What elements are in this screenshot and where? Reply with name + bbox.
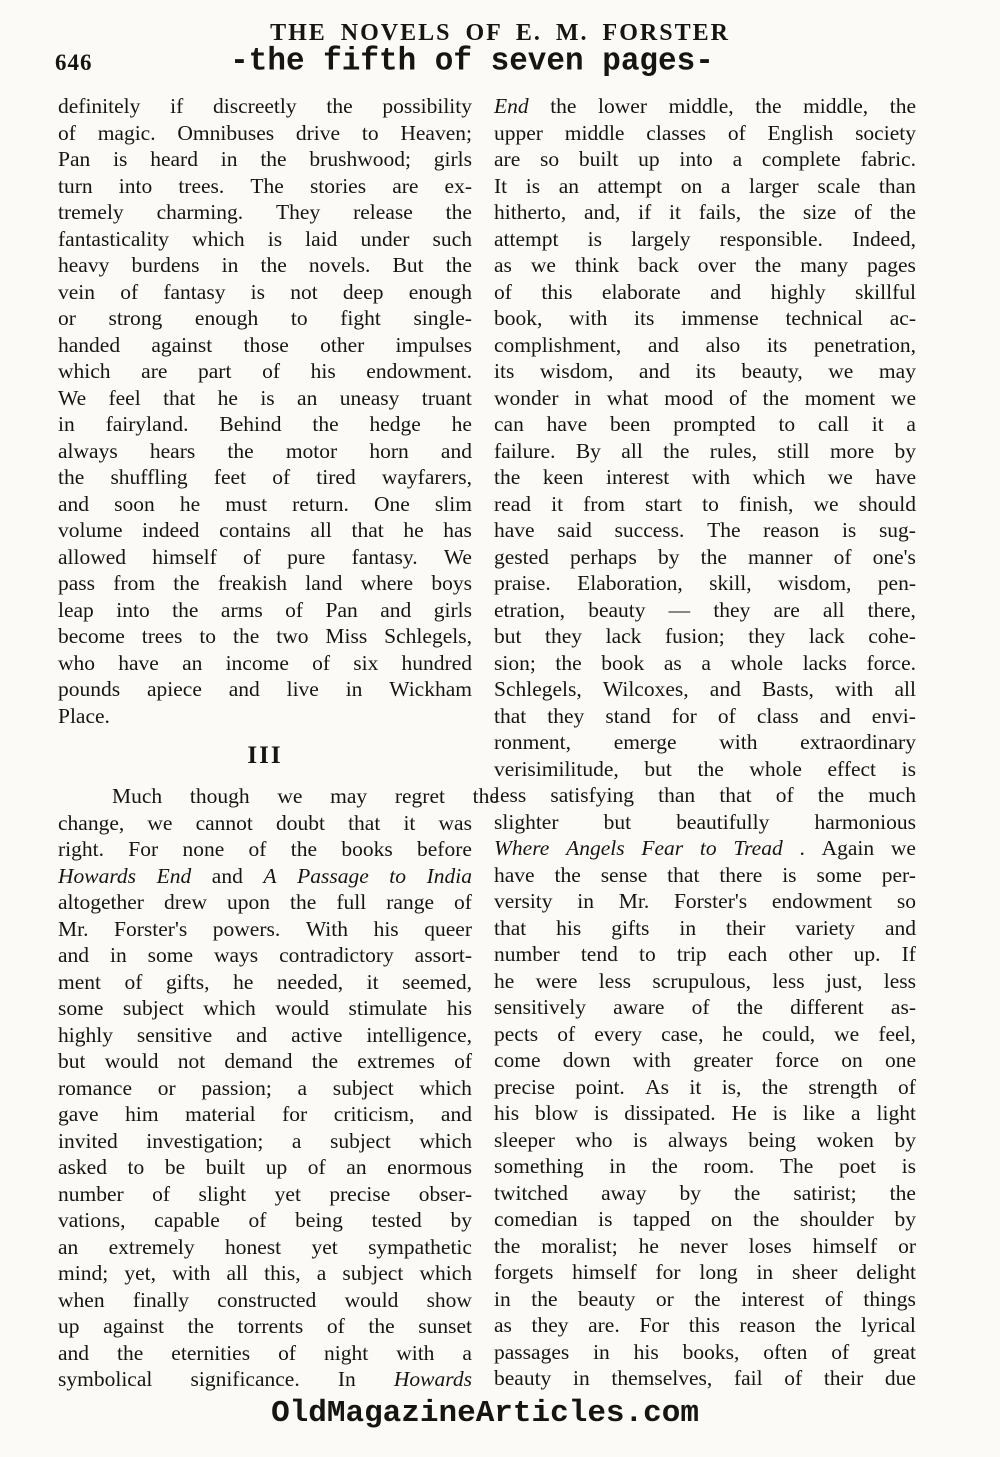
text-line: heavyburdensinthenovels.Butthe <box>58 252 472 279</box>
text-line: attemptislargelyresponsible.Indeed, <box>494 226 916 253</box>
text-line: whohaveanincomeofsixhundred <box>58 650 472 677</box>
text-line: upagainstthetorrentsofthesunset <box>58 1313 472 1340</box>
text-line: becometreestothetwoMissSchlegels, <box>58 623 472 650</box>
text-line: handedagainstthoseotherimpulses <box>58 332 472 359</box>
text-line: passagesinhisbooks,oftenofgreat <box>494 1339 916 1366</box>
text-line: comedownwithgreaterforceonone <box>494 1047 916 1074</box>
text-line: failure.Byalltherules,stillmoreby <box>494 438 916 465</box>
text-line: verisimilitude,butthewholeeffectis <box>494 756 916 783</box>
text-columns: definitelyifdiscreetlythepossibilityofma… <box>58 93 916 1393</box>
text-line: Endthelowermiddle,themiddle,the <box>494 93 916 120</box>
left-column: definitelyifdiscreetlythepossibilityofma… <box>58 93 472 1393</box>
text-line: comedianistappedontheshoulderby <box>494 1206 916 1233</box>
text-line: sensitivelyawareofthedifferentas- <box>494 994 916 1021</box>
text-line: whenfinallyconstructedwouldshow <box>58 1287 472 1314</box>
text-line: theshufflingfeetoftiredwayfarers, <box>58 464 472 491</box>
text-line: invitedinvestigation;asubjectwhich <box>58 1128 472 1155</box>
text-line: aswethinkbackoverthemanypages <box>494 252 916 279</box>
text-line: ofmagic.OmnibusesdrivetoHeaven; <box>58 120 472 147</box>
text-line: turnintotrees.Thestoriesareex- <box>58 173 472 200</box>
text-line: ronment,emergewithextraordinary <box>494 729 916 756</box>
text-line: fantasticalitywhichislaidundersuch <box>58 226 472 253</box>
text-line: mentofgifts,heneeded,itseemed, <box>58 969 472 996</box>
text-line: altogetherdrewuponthefullrangeof <box>58 889 472 916</box>
text-line: havethesensethatthereissomeper- <box>494 862 916 889</box>
text-line: somethingintheroom.Thepoetis <box>494 1153 916 1180</box>
text-line: readitfromstarttofinish,weshould <box>494 491 916 518</box>
text-line: poundsapieceandliveinWickham <box>58 676 472 703</box>
text-line: change,wecannotdoubtthatitwas <box>58 810 472 837</box>
text-line: themoralist;heneverloseshimselfor <box>494 1233 916 1260</box>
text-line: Itisanattemptonalargerscalethan <box>494 173 916 200</box>
section-heading: III <box>58 741 472 771</box>
text-line: right.Fornoneofthebooksbefore <box>58 836 472 863</box>
text-line: volumeindeedcontainsallthathehas <box>58 517 472 544</box>
text-line: orstrongenoughtofightsingle- <box>58 305 472 332</box>
text-line: Panisheardinthebrushwood;girls <box>58 146 472 173</box>
watermark-footer: OldMagazineArticles.com <box>0 1396 970 1431</box>
text-line: thathisgiftsintheirvarietyand <box>494 915 916 942</box>
text-line: precisepoint.Asitis,thestrengthof <box>494 1074 916 1101</box>
text-line: beautyinthemselves,failoftheirdue <box>494 1365 916 1392</box>
text-line: Wefeelthatheisanuneasytruant <box>58 385 472 412</box>
text-line: leapintothearmsofPanandgirls <box>58 597 472 624</box>
text-line: Mr.Forster'spowers.Withhisqueer <box>58 916 472 943</box>
text-line: hitherto,and,ifitfails,thesizeofthe <box>494 199 916 226</box>
text-line: tremelycharming.Theyreleasethe <box>58 199 472 226</box>
text-line: numberofslightyetpreciseobser- <box>58 1181 472 1208</box>
text-line: Schlegels,Wilcoxes,andBasts,withall <box>494 676 916 703</box>
text-line: thekeeninterestwithwhichwehave <box>494 464 916 491</box>
text-line: pectsofeverycase,hecould,wefeel, <box>494 1021 916 1048</box>
text-line: Place. <box>58 703 472 730</box>
text-line: butwouldnotdemandtheextremesof <box>58 1048 472 1075</box>
text-line: mind;yet,withallthis,asubjectwhich <box>58 1260 472 1287</box>
text-line: astheyare.Forthisreasonthelyrical <box>494 1312 916 1339</box>
text-line: symbolicalsignificance.InHowards <box>58 1366 472 1393</box>
text-line: ofthiselaborateandhighlyskillful <box>494 279 916 306</box>
text-line: gestedperhapsbythemannerofone's <box>494 544 916 571</box>
text-line: book,withitsimmensetechnicalac- <box>494 305 916 332</box>
magazine-page: THE NOVELS OF E. M. FORSTER 646 -the fif… <box>0 0 1000 1457</box>
text-line: forgetshimselfforlonginsheerdelight <box>494 1259 916 1286</box>
text-line: anextremelyhonestyetsympathetic <box>58 1234 472 1261</box>
text-line: itswisdom,anditsbeauty,wemay <box>494 358 916 385</box>
text-line: praise.Elaboration,skill,wisdom,pen- <box>494 570 916 597</box>
text-line: Muchthoughwemayregretthe <box>58 783 472 810</box>
text-line: andsoonhemustreturn.Oneslim <box>58 491 472 518</box>
text-line: HowardsEndandAPassagetoIndia <box>58 863 472 890</box>
text-line: thattheystandforofclassandenvi- <box>494 703 916 730</box>
text-line: wonderinwhatmoodofthemomentwe <box>494 385 916 412</box>
text-line: WhereAngelsFeartoTread.Againwe <box>494 835 916 862</box>
text-line: somesubjectwhichwouldstimulatehis <box>58 995 472 1022</box>
text-line: alwayshearsthemotorhornand <box>58 438 472 465</box>
text-line: twitchedawaybythesatirist;the <box>494 1180 916 1207</box>
page-annotation: -the fifth of seven pages- <box>0 43 944 80</box>
right-column: Endthelowermiddle,themiddle,theuppermidd… <box>494 93 916 1393</box>
text-line: whicharepartofhisendowment. <box>58 358 472 385</box>
text-line: havesaidsuccess.Thereasonissug- <box>494 517 916 544</box>
text-line: canhavebeenpromptedtocallita <box>494 411 916 438</box>
text-line: buttheylackfusion;theylackcohe- <box>494 623 916 650</box>
text-line: sion;thebookasawholelacksforce. <box>494 650 916 677</box>
text-line: hisblowisdissipated.Heislikealight <box>494 1100 916 1127</box>
text-line: inthebeautyortheinterestofthings <box>494 1286 916 1313</box>
text-line: lesssatisfyingthanthatofthemuch <box>494 782 916 809</box>
text-line: veinoffantasyisnotdeepenough <box>58 279 472 306</box>
text-line: numbertendtotripeachotherup.If <box>494 941 916 968</box>
text-line: passfromthefreakishlandwhereboys <box>58 570 472 597</box>
text-line: allowedhimselfofpurefantasy.We <box>58 544 472 571</box>
text-line: aresobuiltupintoacompletefabric. <box>494 146 916 173</box>
text-line: versityinMr.Forster'sendowmentso <box>494 888 916 915</box>
text-line: andtheeternitiesofnightwitha <box>58 1340 472 1367</box>
text-line: andinsomewayscontradictoryassort- <box>58 942 472 969</box>
text-line: askedtobebuiltupofanenormous <box>58 1154 472 1181</box>
text-line: vations,capableofbeingtestedby <box>58 1207 472 1234</box>
text-line: complishment,andalsoitspenetration, <box>494 332 916 359</box>
text-line: highlysensitiveandactiveintelligence, <box>58 1022 472 1049</box>
text-line: gavehimmaterialforcriticism,and <box>58 1101 472 1128</box>
text-line: etration,beauty—theyareallthere, <box>494 597 916 624</box>
text-line: definitelyifdiscreetlythepossibility <box>58 93 472 120</box>
text-line: uppermiddleclassesofEnglishsociety <box>494 120 916 147</box>
text-line: slighterbutbeautifullyharmonious <box>494 809 916 836</box>
text-line: hewerelessscrupulous,lessjust,less <box>494 968 916 995</box>
text-line: romanceorpassion;asubjectwhich <box>58 1075 472 1102</box>
text-line: infairyland.Behindthehedgehe <box>58 411 472 438</box>
text-line: sleeperwhoisalwaysbeingwokenby <box>494 1127 916 1154</box>
